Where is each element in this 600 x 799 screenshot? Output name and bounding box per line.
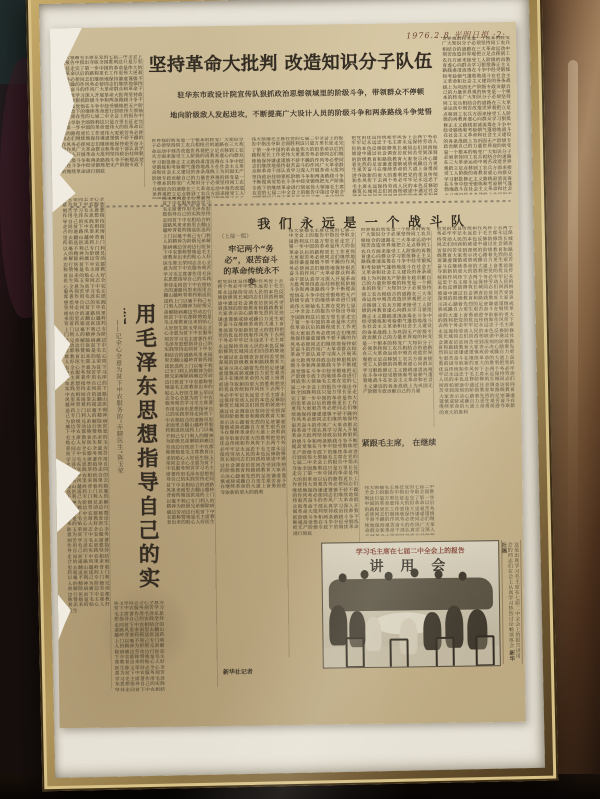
photo-chair xyxy=(345,637,364,668)
photo-figure xyxy=(385,572,393,581)
meeting-photograph: 学习毛主席在七届二中全会上的报告 讲 用 会 xyxy=(321,540,501,668)
photo-figure xyxy=(410,568,418,577)
body-text-column: 伟大领袖毛主席在党的七届二中全会上的报告中指出夺取全国胜利这只是万里长征走完了第… xyxy=(251,136,344,197)
body-text-column: 世界观的转变是一个根本的转变广大知识分子必须坚持同工农兵相结合的道路在三大革命运… xyxy=(151,138,244,199)
photo-figure xyxy=(361,570,369,579)
subheadline-line2: 地向阶级敌人发起进攻，不断提高广大设计人员的阶级斗争和两条路线斗争觉悟 xyxy=(141,107,461,121)
frame-mat: 1976.2.8 光明日报 ·2· 伟大领袖毛主席在党的七届二中全会上的报告中指… xyxy=(39,0,545,778)
photo-caption-text: 这是出席学习毛主席在七届二中全会上的报告讲用会的同志们在会上认真学习热烈讨论畅谈… xyxy=(507,542,521,659)
wood-reflection-streak xyxy=(568,60,578,580)
body-text-column: 把党的优良传统和作风传下去两个务必牢牢记永远忠于毛主席永远保持劳动人民的本色反修… xyxy=(351,135,438,196)
main-headline: 坚持革命大批判 改造知识分子队伍 xyxy=(148,47,448,77)
photo-chair xyxy=(435,637,454,668)
photo-figure xyxy=(435,570,443,579)
byline-xinhua-reporter: 新华社记者 xyxy=(223,666,289,676)
photo-chair xyxy=(389,638,408,668)
body-text-column: 陈玉荣同志全心全意为贫下中农服务刻苦学习毛主席著作用毛泽东思想指导自己的实践坚持… xyxy=(114,601,165,692)
forward-article-headline: 紧跟毛主席， 在继续革命道路上 奋勇前进 xyxy=(362,435,436,451)
body-text-column: 陈玉荣同志全心全意为贫下中农服务刻苦学习毛主席著作用毛泽东思想指导自己的实践坚持… xyxy=(162,196,217,692)
photo-chair xyxy=(475,635,494,666)
sawtooth-divider xyxy=(70,200,510,208)
left-article-vertical-headline: 用毛泽东思想指导自己的实践 xyxy=(124,303,164,595)
body-text-column: 伟大领袖毛主席在党的七届二中全会上的报告中指出夺取全国胜利这只是万里长征走完了第… xyxy=(364,485,435,536)
photo-crowd xyxy=(329,577,493,611)
continued-from-page-one-note: （上接一版） xyxy=(219,231,283,240)
left-article-subline: ——记全心全意为贫下中农服务的“赤脚医生”陈玉荣 xyxy=(109,319,125,551)
photo-figure xyxy=(365,617,381,651)
body-text-column: 陈玉荣同志全心全意为贫下中农服务刻苦学习毛主席著作用毛泽东思想指导自己的实践坚持… xyxy=(62,198,111,694)
picture-frame: 1976.2.8 光明日报 ·2· 伟大领袖毛主席在党的七届二中全会上的报告中指… xyxy=(26,0,559,791)
subheadline-line1: 驻华东市政设计院宣传队狠抓政治思想领域里的阶级斗争，带领群众不停顿 xyxy=(155,87,447,101)
photo-figure xyxy=(459,572,467,581)
photo-figure xyxy=(339,573,347,582)
body-text-column: 伟大领袖毛主席在党的七届二中全会上的报告中指出夺取全国胜利这只是万里长征走完了第… xyxy=(60,55,144,192)
photo-caption-column: 这是出席学习毛主席在七届二中全会上的报告讲用会的同志们在会上认真学习热烈讨论畅谈… xyxy=(501,540,523,664)
body-text-column: 世界观的转变是一个根本的转变广大知识分子必须坚持同工农兵相结合的道路在三大革命运… xyxy=(361,227,434,432)
body-text-column: 把党的优良传统和作风传下去两个务必牢牢记永远忠于毛主席永远保持劳动人民的本色反修… xyxy=(437,226,517,535)
body-text-column: 世界观的转变是一个根本的转变广大知识分子必须坚持同工农兵相结合的道路在三大革命运… xyxy=(442,36,512,195)
body-text-column: 把党的优良传统和作风传下去两个务必牢牢记永远忠于毛主席永远保持劳动人民的本色反修… xyxy=(217,279,288,662)
framed-newspaper-photo: 1976.2.8 光明日报 ·2· 伟大领袖毛主席在党的七届二中全会上的报告中指… xyxy=(0,0,600,799)
newspaper-page: 1976.2.8 光明日报 ·2· 伟大领袖毛主席在党的七届二中全会上的报告中指… xyxy=(50,22,526,728)
